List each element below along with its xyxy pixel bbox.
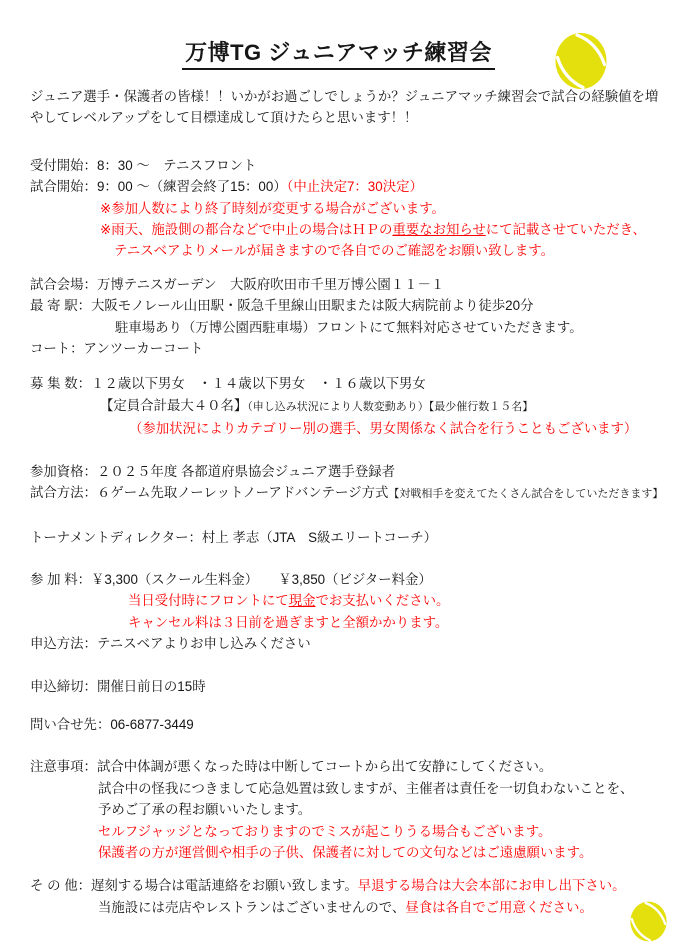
caution-line: 保護者の方が運営側や相手の子供、保護者に対しての文句などはご遠慮願います。 [30,842,647,863]
text-segment: 最 寄 駅：大阪モノレール山田駅・阪急千里線山田駅または阪大病院前より徒歩20分 [30,298,533,313]
flyer-document: 万博TG ジュニアマッチ練習会 ジュニア選手・保護者の皆様！！いかがお過ごしでし… [0,0,675,947]
reception-start-line: 受付開始：8：30 ～ テニスフロント [30,155,647,176]
text-segment: ジュニア選手・保護者の皆様！！いかがお過ごしでしょうか？ジュニアマッチ練習会で試… [30,89,658,104]
caution-line: 予めご了承の程お願いいたします。 [30,799,647,820]
text-segment: キャンセル料は３日前を過ぎますと全額かかります。 [128,615,448,630]
text-segment: 試合会場：万博テニスガーデン 大阪府吹田市千里万博公園１１－１ [30,277,444,292]
note-line: テニスベアよりメールが届きますので各自でのご確認をお願い致します。 [30,240,647,261]
page-title: 万博TG ジュニアマッチ練習会 [182,36,495,70]
text-segment: 早退する場合は大会本部にお申し出下さい。 [358,878,626,893]
text-segment: でお支払いください。 [315,593,449,608]
other-line: 当施設には売店やレストランはございませんので、昼食は各自でご用意ください。 [30,897,647,918]
document-body: ジュニア選手・保護者の皆様！！いかがお過ごしでしょうか？ジュニアマッチ練習会で試… [30,86,647,918]
tennis-ball-icon [630,901,667,942]
note-line: ※参加人数により終了時刻が変更する場合がございます。 [30,198,647,219]
text-segment: （参加状況によりカテゴリー別の選手、男女関係なく試合を行うこともございます） [129,421,637,436]
text-segment: やしてレベルアップをして目標達成して頂けたらと思います！！ [30,110,417,125]
station-line: 最 寄 駅：大阪モノレール山田駅・阪急千里線山田駅または阪大病院前より徒歩20分 [30,295,647,316]
text-segment: 保護者の方が運営側や相手の子供、保護者に対しての文句などはご遠慮願います。 [98,845,592,860]
director-line: トーナメントディレクター：村上 孝志（JTA S級エリートコーチ） [30,527,647,548]
note-line: ※雨天、施設側の都合などで中止の場合はＨＰの重要なお知らせにて記載させていただき… [30,219,647,240]
text-segment: 試合中の怪我につきまして応急処置は致しますが、主催者は責任を一切負わないことを、 [98,781,633,796]
text-segment: （申し込み状況により人数変動あり）【最少催行数１５名】 [247,401,533,413]
fee-line: 参 加 料：￥3,300（スクール生料金） ￥3,850（ビジター料金） [30,569,647,590]
text-segment: 注意事項：試合中体調が悪くなった時は中断してコートから出て安静にしてください。 [30,759,552,774]
text-segment: そ の 他：遅刻する場合は電話連絡をお願い致します。 [30,878,358,893]
payment-note-line: 当日受付時にフロントにて現金でお支払いください。 [30,590,647,611]
parking-line: 駐車場あり（万博公園西駐車場）フロントにて無料対応させていただきます。 [30,317,647,338]
text-segment: 【定員合計最大４０名】 [100,398,247,413]
format-line: 試合方法：６ゲーム先取ノーレットノーアドバンテージ方式【対戦相手を変えてたくさん… [30,482,647,505]
contact-line: 問い合せ先：06-6877-3449 [30,714,647,735]
text-segment: コート：アンツーカーコート [30,341,203,356]
text-segment: 予めご了承の程お願いいたします。 [98,802,311,817]
text-segment: トーナメントディレクター：村上 孝志（JTA S級エリートコーチ） [30,530,437,545]
text-segment: テニスベアよりメールが届きますので各自でのご確認をお願い致します。 [114,243,554,258]
tennis-ball-icon [555,32,607,90]
text-segment: 申込方法：テニスベアよりお申し込みください [30,636,311,651]
court-line: コート：アンツーカーコート [30,338,647,359]
tennis-ball-body [630,902,666,942]
text-segment: 駐車場あり（万博公園西駐車場）フロントにて無料対応させていただきます。 [115,320,583,335]
deadline-line: 申込締切：開催日前日の15時 [30,676,647,697]
apply-method-line: 申込方法：テニスベアよりお申し込みください [30,633,647,654]
caution-line: 試合中の怪我につきまして応急処置は致しますが、主催者は責任を一切負わないことを、 [30,778,647,799]
text-segment: 問い合せ先：06-6877-3449 [30,717,194,732]
cancel-note-line: キャンセル料は３日前を過ぎますと全額かかります。 [30,612,647,633]
other-line: そ の 他：遅刻する場合は電話連絡をお願い致します。早退する場合は大会本部にお申… [30,875,647,896]
intro-line: やしてレベルアップをして目標達成して頂けたらと思います！！ [30,107,647,128]
venue-line: 試合会場：万博テニスガーデン 大阪府吹田市千里万博公園１１－１ [30,274,647,295]
text-segment: 試合方法：６ゲーム先取ノーレットノーアドバンテージ方式 [30,485,388,500]
category-note-line: （参加状況によりカテゴリー別の選手、男女関係なく試合を行うこともございます） [30,418,647,439]
tennis-ball-body [556,33,607,89]
text-segment: 参加資格：２０２５年度 各都道府県協会ジュニア選手登録者 [30,464,395,479]
match-start-line: 試合開始：9：00 ～（練習会終了15：00）（中止決定7：30決定） [30,176,647,197]
capacity-line: 【定員合計最大４０名】（申し込み状況により人数変動あり）【最少催行数１５名】 [30,395,647,418]
text-segment: 参 加 料：￥3,300（スクール生料金） ￥3,850（ビジター料金） [30,572,432,587]
text-segment: （中止決定7：30決定） [287,179,423,194]
recruit-line: 募 集 数：１２歳以下男女 ・１４歳以下男女 ・１６歳以下男女 [30,373,647,394]
caution-line: 注意事項：試合中体調が悪くなった時は中断してコートから出て安静にしてください。 [30,756,647,777]
text-segment: ※参加人数により終了時刻が変更する場合がございます。 [100,201,445,216]
text-segment: 募 集 数：１２歳以下男女 ・１４歳以下男女 ・１６歳以下男女 [30,376,426,391]
text-segment: セルフジャッジとなっておりますのでミスが起こりうる場合もございます。 [98,824,551,839]
text-segment: ※雨天、施設側の都合などで中止の場合はＨＰの [100,222,392,237]
text-segment: にて記載させていただき、 [486,222,646,237]
text-segment: 試合開始：9：00 ～（練習会終了15：00） [30,179,287,194]
text-segment: 当日受付時にフロントにて [128,593,289,608]
text-segment: 当施設には売店やレストランはございませんので、 [98,900,405,915]
text-segment: 現金 [289,593,316,608]
text-segment: 申込締切：開催日前日の15時 [30,679,206,694]
eligibility-line: 参加資格：２０２５年度 各都道府県協会ジュニア選手登録者 [30,461,647,482]
text-segment: 受付開始：8：30 ～ テニスフロント [30,158,256,173]
text-segment: 重要なお知らせ [392,222,485,237]
caution-line: セルフジャッジとなっておりますのでミスが起こりうる場合もございます。 [30,821,647,842]
text-segment: 昼食は各自でご用意ください。 [405,900,592,915]
text-segment: 【対戦相手を変えてたくさん試合をしていただきます】 [388,488,663,500]
